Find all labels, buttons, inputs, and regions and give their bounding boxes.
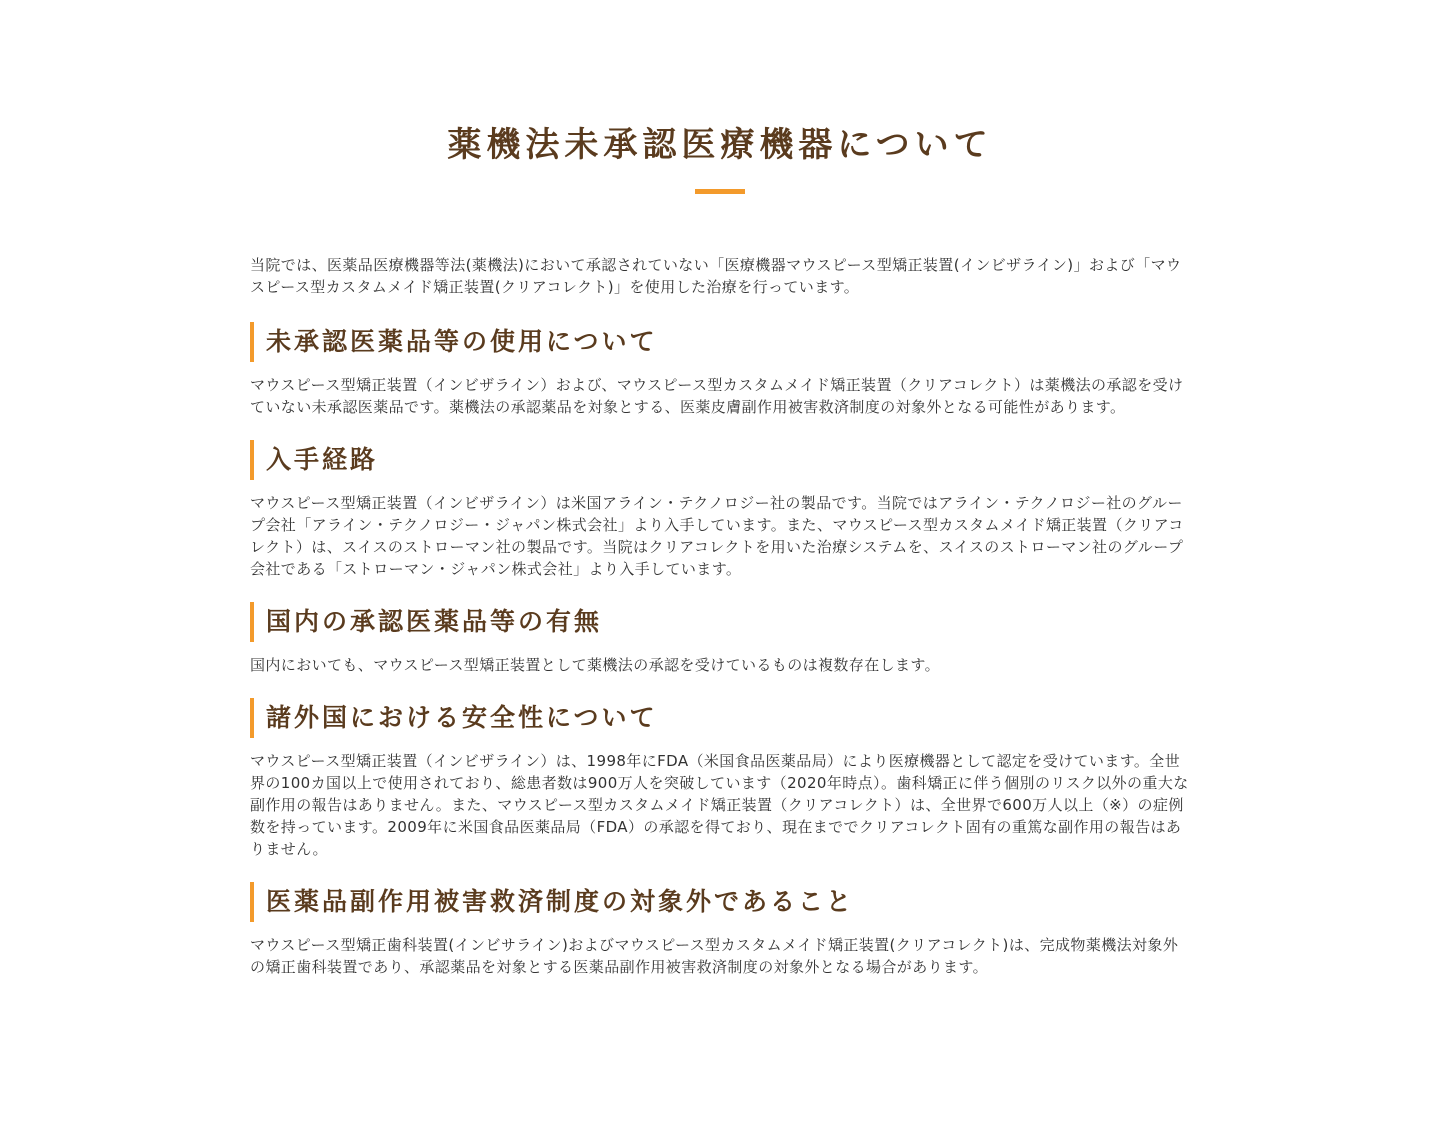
main-content: 当院では、医薬品医療機器等法(薬機法)において承認されていない「医療機器マウスピ… (250, 254, 1190, 1000)
section-heading: 国内の承認医薬品等の有無 (250, 602, 1190, 642)
section-relief-system-exclusion: 医薬品副作用被害救済制度の対象外であること マウスピース型矯正歯科装置(インビサ… (250, 882, 1190, 978)
section-body: マウスピース型矯正装置（インビザライン）は、1998年にFDA（米国食品医薬品局… (250, 750, 1190, 860)
section-heading: 医薬品副作用被害救済制度の対象外であること (250, 882, 1190, 922)
section-unapproved-use: 未承認医薬品等の使用について マウスピース型矯正装置（インビザライン）および、マ… (250, 322, 1190, 418)
section-heading: 諸外国における安全性について (250, 698, 1190, 738)
section-domestic-approval: 国内の承認医薬品等の有無 国内においても、マウスピース型矯正装置として薬機法の承… (250, 602, 1190, 676)
section-body: 国内においても、マウスピース型矯正装置として薬機法の承認を受けているものは複数存… (250, 654, 1190, 676)
section-acquisition-route: 入手経路 マウスピース型矯正装置（インビザライン）は米国アライン・テクノロジー社… (250, 440, 1190, 580)
section-body: マウスピース型矯正装置（インビザライン）は米国アライン・テクノロジー社の製品です… (250, 492, 1190, 580)
section-heading: 入手経路 (250, 440, 1190, 480)
intro-paragraph: 当院では、医薬品医療機器等法(薬機法)において承認されていない「医療機器マウスピ… (250, 254, 1190, 298)
page-title: 薬機法未承認医療機器について (0, 120, 1440, 170)
section-body: マウスピース型矯正歯科装置(インビサライン)およびマウスピース型カスタムメイド矯… (250, 934, 1190, 978)
section-body: マウスピース型矯正装置（インビザライン）および、マウスピース型カスタムメイド矯正… (250, 374, 1190, 418)
section-heading: 未承認医薬品等の使用について (250, 322, 1190, 362)
section-foreign-safety: 諸外国における安全性について マウスピース型矯正装置（インビザライン）は、199… (250, 698, 1190, 860)
title-underline-divider (695, 189, 745, 194)
